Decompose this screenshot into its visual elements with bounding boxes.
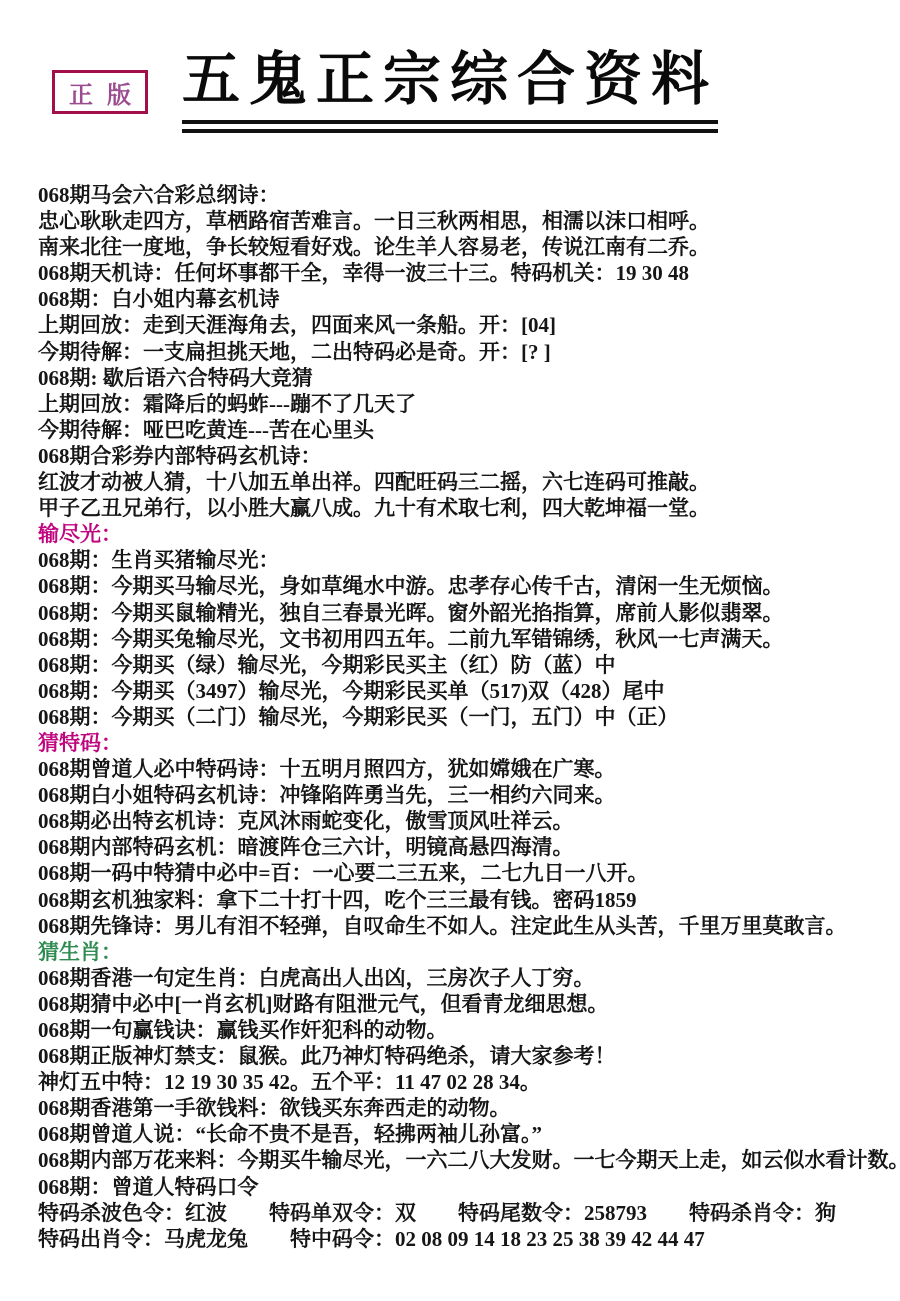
doc-line-zonggang-title: 068期马会六合彩总纲诗： xyxy=(38,182,882,208)
doc-line-shujinguang: 068期：今期买鼠输精光，独自三春景光晖。窗外韶光掐指算，席前人影似翡翠。 xyxy=(38,600,882,626)
doc-line-caitema: 068期先锋诗：男儿有泪不轻弹，自叹命生不如人。注定此生从头苦，千里万里莫敢言。 xyxy=(38,913,882,939)
section-header-shujinguang: 输尽光： xyxy=(38,521,882,547)
doc-line-caitema: 068期必出特玄机诗：克风沐雨蛇变化，傲雪顶风吐祥云。 xyxy=(38,808,882,834)
section-header-caishengxiao: 猜生肖： xyxy=(38,939,882,965)
doc-line-last-issue: 上期回放：霜降后的蚂蚱---蹦不了几天了 xyxy=(38,391,882,417)
authentic-badge: 正版 xyxy=(52,70,148,114)
doc-line-kouling-title: 068期：曾道人特码口令 xyxy=(38,1174,882,1200)
doc-line-shujinguang: 068期：今期买（二门）输尽光，今期彩民买（一门，五门）中（正） xyxy=(38,704,882,730)
doc-line-tianji-poem: 068期天机诗：任何坏事都干全，幸得一波三十三。特码机关：19 30 48 xyxy=(38,260,882,286)
doc-line-this-issue: 今期待解：一支扁担挑天地，二出特码必是奇。开：[? ] xyxy=(38,339,882,365)
doc-line-caitema: 068期内部特码玄机：暗渡阵仓三六计，明镜高悬四海清。 xyxy=(38,834,882,860)
doc-line-caishengxiao: 068期曾道人说：“长命不贵不是吾，轻拂两袖儿孙富。” xyxy=(38,1121,882,1147)
doc-line-caitema: 068期一码中特猜中必中=百：一心要二三五来，二七九日一八开。 xyxy=(38,860,882,886)
sheet-header: 正版 五鬼正宗综合资料 xyxy=(0,0,900,180)
doc-line-shujinguang: 068期：今期买（3497）输尽光，今期彩民买单（517)双（428）尾中 xyxy=(38,678,882,704)
doc-line-shujinguang: 068期：今期买兔输尽光，文书初用四五年。二前九军错锦绣，秋风一七声满天。 xyxy=(38,626,882,652)
doc-line-shujinguang: 068期：今期买马输尽光，身如草绳水中游。忠孝存心传千古，清闲一生无烦恼。 xyxy=(38,573,882,599)
title-underline-top xyxy=(182,120,718,124)
doc-line-caitema: 068期玄机独家料：拿下二十打十四，吃个三三最有钱。密码1859 xyxy=(38,887,882,913)
doc-line-caishengxiao: 068期香港一句定生肖：白虎高出人出凶，三房次子人丁穷。 xyxy=(38,965,882,991)
doc-line-poem: 南来北往一度地，争长较短看好戏。论生羊人容易老，传说江南有二乔。 xyxy=(38,234,882,260)
doc-line-shujinguang: 068期：生肖买猪输尽光： xyxy=(38,547,882,573)
lottery-info-sheet: 正版 五鬼正宗综合资料 068期马会六合彩总纲诗： 忠心耿耿走四方，草栖路宿苦难… xyxy=(0,0,900,1301)
doc-line-kouling: 特码出肖令：马虎龙兔 特中码令：02 08 09 14 18 23 25 38 … xyxy=(38,1226,882,1252)
doc-line-xiehouyu-title: 068期: 歇后语六合特码大竞猜 xyxy=(38,365,882,391)
doc-line-kouling: 特码杀波色令：红波 特码单双令：双 特码尾数令：258793 特码杀肖令：狗 xyxy=(38,1200,882,1226)
doc-line-caitema: 068期白小姐特码玄机诗：冲锋陷阵勇当先，三一相约六同来。 xyxy=(38,782,882,808)
doc-line-caishengxiao: 068期一句赢钱诀：赢钱买作奸犯科的动物。 xyxy=(38,1017,882,1043)
doc-line-poem: 红波才动被人猜，十八加五单出祥。四配旺码三二摇，六七连码可推敲。 xyxy=(38,469,882,495)
doc-line-caishengxiao: 068期香港第一手欲钱料：欲钱买东奔西走的动物。 xyxy=(38,1095,882,1121)
doc-line-poem: 忠心耿耿走四方，草栖路宿苦难言。一日三秋两相思，相濡以沫口相呼。 xyxy=(38,208,882,234)
doc-line-baixiaojie-title: 068期：白小姐内幕玄机诗 xyxy=(38,286,882,312)
title-block: 五鬼正宗综合资料 xyxy=(182,48,718,133)
doc-line-shujinguang: 068期：今期买（绿）输尽光，今期彩民买主（红）防（蓝）中 xyxy=(38,652,882,678)
title-underline-bottom xyxy=(182,129,718,133)
doc-line-poem: 甲子乙丑兄弟行，以小胜大赢八成。九十有术取七利，四大乾坤福一堂。 xyxy=(38,495,882,521)
doc-line-caitema: 068期曾道人必中特码诗：十五明月照四方，犹如嫦娥在广寒。 xyxy=(38,756,882,782)
doc-line-this-issue: 今期待解：哑巴吃黄连---苦在心里头 xyxy=(38,417,882,443)
doc-line-caishengxiao: 068期正版神灯禁支：鼠猴。此乃神灯特码绝杀，请大家参考！ xyxy=(38,1043,882,1069)
doc-line-caishengxiao: 068期内部万花来料：今期买牛输尽光，一六二八大发财。一七今期天上走，如云似水看… xyxy=(38,1147,882,1173)
doc-line-caishengxiao: 神灯五中特：12 19 30 35 42。五个平：11 47 02 28 34。 xyxy=(38,1069,882,1095)
sheet-body: 068期马会六合彩总纲诗： 忠心耿耿走四方，草栖路宿苦难言。一日三秋两相思，相濡… xyxy=(0,180,900,1252)
page-title: 五鬼正宗综合资料 xyxy=(182,48,718,113)
doc-line-neibu-poem-title: 068期合彩券内部特码玄机诗： xyxy=(38,443,882,469)
section-header-caitema: 猜特码： xyxy=(38,730,882,756)
doc-line-last-issue: 上期回放：走到天涯海角去，四面来风一条船。开：[04] xyxy=(38,312,882,338)
doc-line-caishengxiao: 068期猜中必中[一肖玄机]财路有阻泄元气，但看青龙细思想。 xyxy=(38,991,882,1017)
